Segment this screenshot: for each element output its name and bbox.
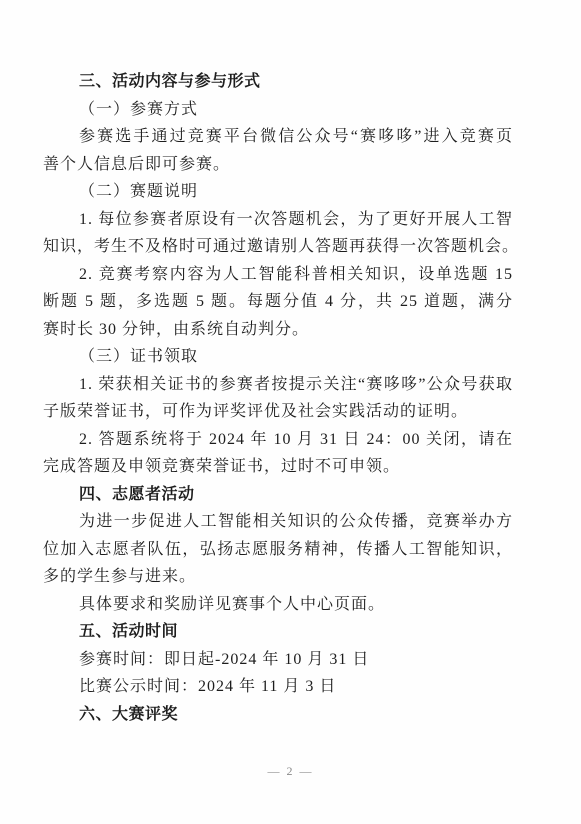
section-heading: 三、活动内容与参与形式 xyxy=(43,68,513,96)
section-heading: 五、活动时间 xyxy=(43,618,513,646)
paragraph-line: 比赛公示时间：2024 年 11 月 3 日 xyxy=(43,673,513,701)
paragraph-line: 具体要求和奖励详见赛事个人中心页面。 xyxy=(43,591,513,619)
paragraph-line: 参赛选手通过竞赛平台微信公众号“赛哆哆”进入竞赛页面，填写完 xyxy=(43,123,513,151)
document-body: 三、活动内容与参与形式 （一）参赛方式 参赛选手通过竞赛平台微信公众号“赛哆哆”… xyxy=(43,68,513,728)
subsection-heading: （一）参赛方式 xyxy=(43,96,513,124)
paragraph-line: 子版荣誉证书，可作为评奖评优及社会实践活动的证明。 xyxy=(43,398,513,426)
subsection-heading: （三）证书领取 xyxy=(43,343,513,371)
document-page: 三、活动内容与参与形式 （一）参赛方式 参赛选手通过竞赛平台微信公众号“赛哆哆”… xyxy=(0,0,581,824)
paragraph-line: 断题 5 题，多选题 5 题。每题分值 4 分，共 25 道题，满分 100 分… xyxy=(43,288,513,316)
paragraph-line: 参赛时间：即日起-2024 年 10 月 31 日 xyxy=(43,646,513,674)
paragraph-line: 多的学生参与进来。 xyxy=(43,563,513,591)
paragraph-line: 1. 每位参赛者原设有一次答题机会，为了更好开展人工智能科普 xyxy=(43,206,513,234)
paragraph-line: 为进一步促进人工智能相关知识的公众传播，竞赛举办方倡导各 xyxy=(43,508,513,536)
paragraph-line: 赛时长 30 分钟，由系统自动判分。 xyxy=(43,316,513,344)
paragraph-line: 完成答题及申领竞赛荣誉证书，过时不可申领。 xyxy=(43,453,513,481)
paragraph-line: 位加入志愿者队伍，弘扬志愿服务精神，传播人工智能知识，邀请更 xyxy=(43,536,513,564)
page-number: — 2 — xyxy=(0,763,581,779)
paragraph-line: 善个人信息后即可参赛。 xyxy=(43,151,513,179)
paragraph-line: 2. 竞赛考察内容为人工智能科普相关知识，设单选题 15 题、判 xyxy=(43,261,513,289)
section-heading: 四、志愿者活动 xyxy=(43,481,513,509)
paragraph-line: 1. 荣获相关证书的参赛者按提示关注“赛哆哆”公众号获取竞赛电 xyxy=(43,371,513,399)
subsection-heading: （二）赛题说明 xyxy=(43,178,513,206)
paragraph-line: 知识，考生不及格时可通过邀请别人答题再获得一次答题机会。 xyxy=(43,233,513,261)
section-heading: 六、大赛评奖 xyxy=(43,701,513,729)
paragraph-line: 2. 答题系统将于 2024 年 10 月 31 日 24：00 关闭，请在该日… xyxy=(43,426,513,454)
